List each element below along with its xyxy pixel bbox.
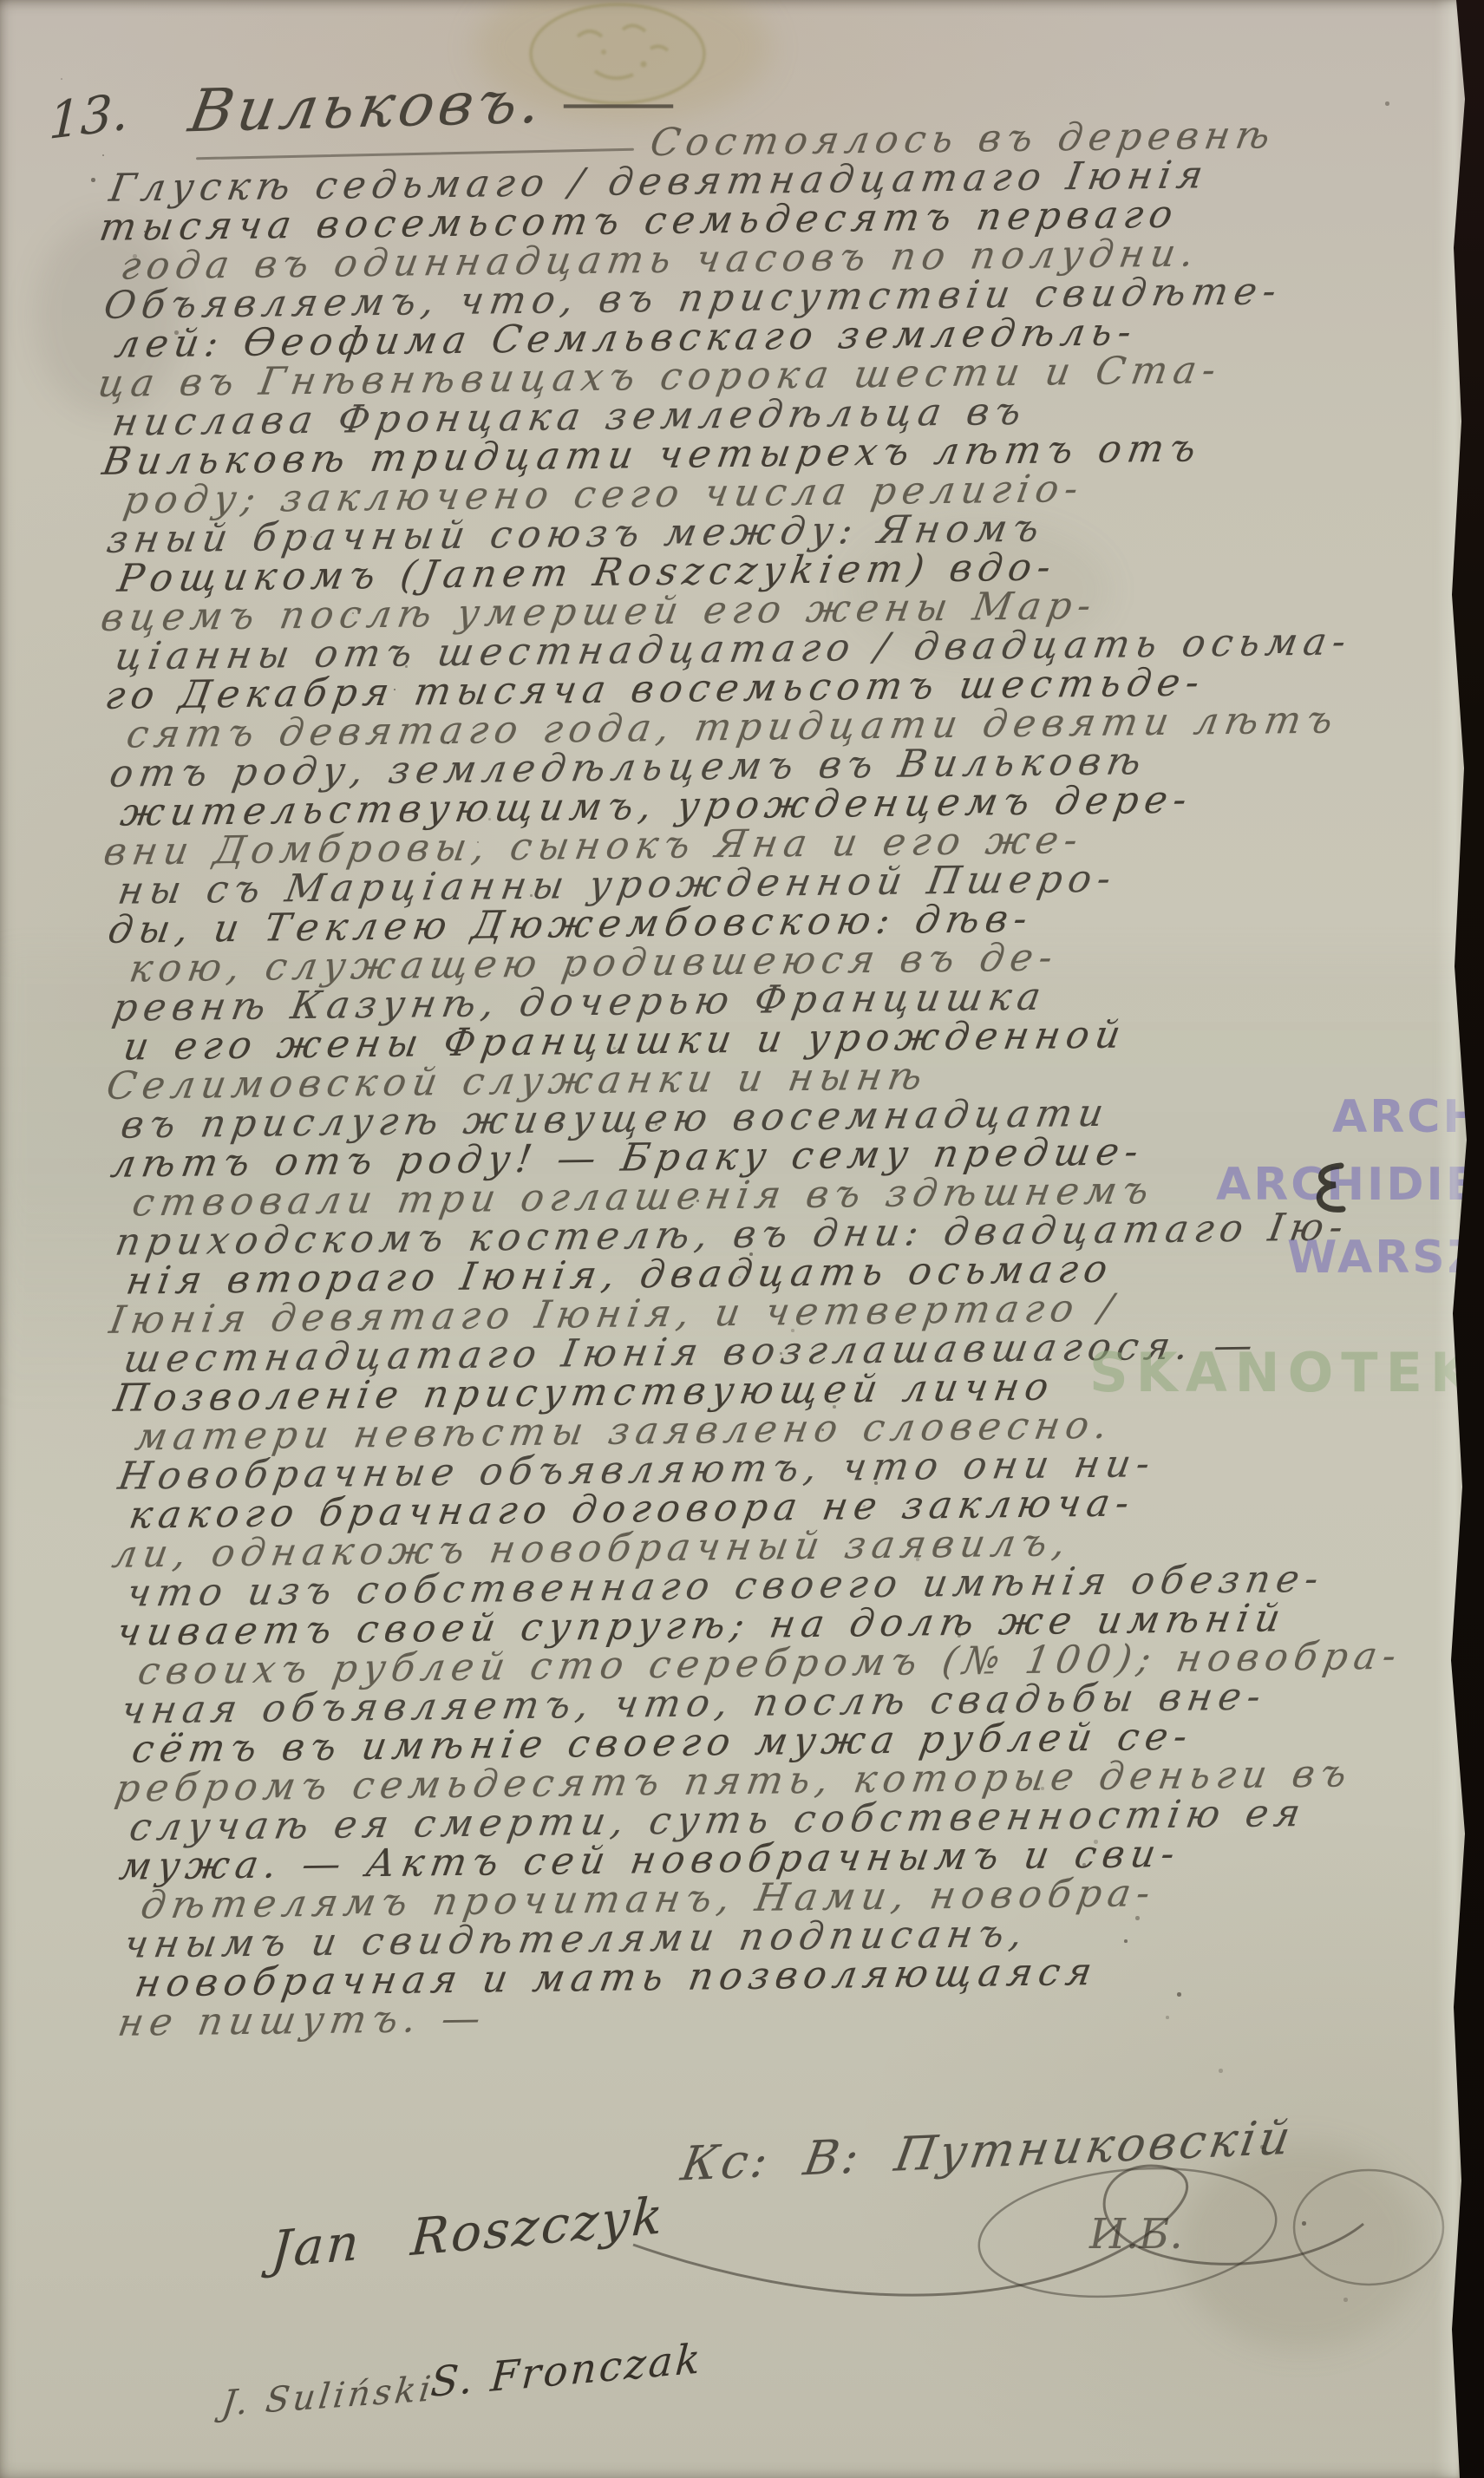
ink-speckle [1219, 2069, 1223, 2073]
scanned-document-page: 13. Вильковъ. — Состоялось въ деревнѣГлу… [0, 0, 1484, 2478]
official-signature-initials: И.Б. [1088, 2210, 1183, 2259]
groom-given-name: Jan [269, 2212, 363, 2279]
ink-mark [1303, 1161, 1363, 1221]
witness-signature-left: J. Suliński [219, 2369, 436, 2424]
ink-speckle [61, 78, 62, 80]
ink-speckle [1385, 101, 1389, 106]
manuscript-body: Состоялось въ деревнѣГлускѣ седьмаго / д… [92, 114, 1477, 2043]
signature-flourish-icon: И.Б. [607, 2141, 1457, 2340]
witness-signature-right: S. Fronczak [429, 2335, 704, 2407]
